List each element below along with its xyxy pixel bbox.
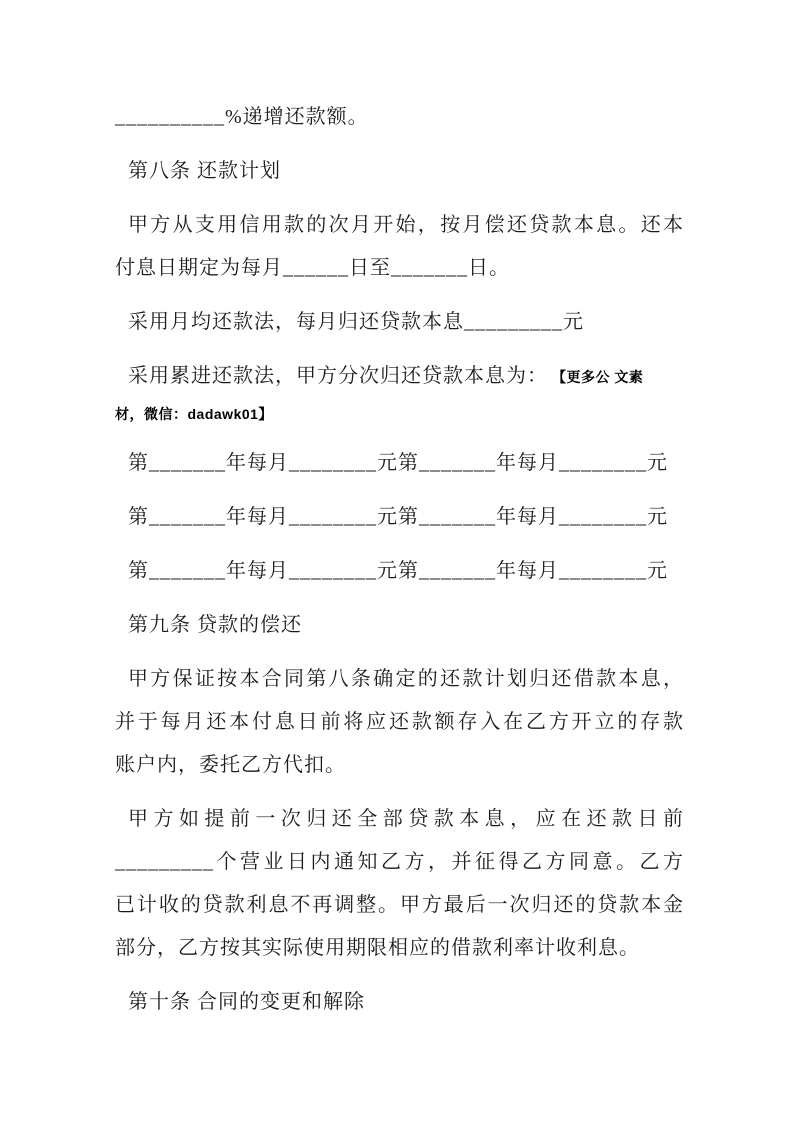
contract-document-page: __________%递增还款额。 第八条 还款计划 甲方从支用信用款的次月开始… bbox=[0, 0, 793, 1122]
schedule-row: 第_______年每月________元第_______年每月________元 bbox=[115, 550, 684, 593]
article-10-heading: 第十条 合同的变更和解除 bbox=[115, 981, 684, 1024]
paragraph-percent-increase: __________%递增还款额。 bbox=[115, 96, 684, 139]
paragraph-schedule-row-3: 第_______年每月________元第_______年每月________元 bbox=[115, 550, 684, 593]
paragraph-progressive-method: 采用累进还款法，甲方分次归还贷款本息为： 【更多公 文素 材，微信：dadawk… bbox=[115, 355, 684, 431]
paragraph-early-repayment: 甲方如提前一次归还全部贷款本息，应在还款日前 _________个营业日内通知乙… bbox=[115, 798, 684, 970]
article-9-heading: 第九条 贷款的偿还 bbox=[115, 604, 684, 647]
progressive-method-text: 采用累进还款法，甲方分次归还贷款本息为： bbox=[128, 365, 559, 387]
guarantee-line-3: 账户内，委托乙方代扣。 bbox=[115, 744, 684, 787]
early-repayment-line-2: _________个营业日内通知乙方，并征得乙方同意。乙方 bbox=[115, 841, 684, 884]
promo-text-part-2: 材，微信：dadawk01】 bbox=[115, 406, 273, 422]
paragraph-schedule-row-1: 第_______年每月________元第_______年每月________元 bbox=[115, 442, 684, 485]
promo-continuation-line: 材，微信：dadawk01】 bbox=[115, 399, 684, 431]
monthly-method-line: 采用月均还款法，每月归还贷款本息_________元 bbox=[115, 301, 684, 344]
article-8-heading-block: 第八条 还款计划 bbox=[115, 150, 684, 193]
early-repayment-line-1: 甲方如提前一次归还全部贷款本息，应在还款日前 bbox=[115, 798, 684, 841]
article-8-heading: 第八条 还款计划 bbox=[115, 150, 684, 193]
paragraph-schedule-row-2: 第_______年每月________元第_______年每月________元 bbox=[115, 496, 684, 539]
paragraph-repayment-guarantee: 甲方保证按本合同第八条确定的还款计划归还借款本息， 并于每月还本付息日前将应还款… bbox=[115, 658, 684, 787]
schedule-row: 第_______年每月________元第_______年每月________元 bbox=[115, 496, 684, 539]
article-10-heading-block: 第十条 合同的变更和解除 bbox=[115, 981, 684, 1024]
schedule-row: 第_______年每月________元第_______年每月________元 bbox=[115, 442, 684, 485]
paragraph-monthly-method: 采用月均还款法，每月归还贷款本息_________元 bbox=[115, 301, 684, 344]
blank-percent-line: __________%递增还款额。 bbox=[115, 96, 684, 139]
guarantee-line-1: 甲方保证按本合同第八条确定的还款计划归还借款本息， bbox=[115, 658, 684, 701]
progressive-method-line: 采用累进还款法，甲方分次归还贷款本息为： 【更多公 文素 bbox=[115, 355, 684, 399]
promo-text-part-1: 【更多公 文素 bbox=[559, 369, 643, 385]
article-9-heading-block: 第九条 贷款的偿还 bbox=[115, 604, 684, 647]
repayment-start-line-2: 付息日期定为每月______日至_______日。 bbox=[115, 247, 684, 290]
repayment-start-line-1: 甲方从支用信用款的次月开始，按月偿还贷款本息。还本 bbox=[115, 204, 684, 247]
early-repayment-line-4: 部分，乙方按其实际使用期限相应的借款利率计收利息。 bbox=[115, 927, 684, 970]
guarantee-line-2: 并于每月还本付息日前将应还款额存入在乙方开立的存款 bbox=[115, 701, 684, 744]
early-repayment-line-3: 已计收的贷款利息不再调整。甲方最后一次归还的贷款本金 bbox=[115, 884, 684, 927]
paragraph-repayment-start: 甲方从支用信用款的次月开始，按月偿还贷款本息。还本 付息日期定为每月______… bbox=[115, 204, 684, 290]
